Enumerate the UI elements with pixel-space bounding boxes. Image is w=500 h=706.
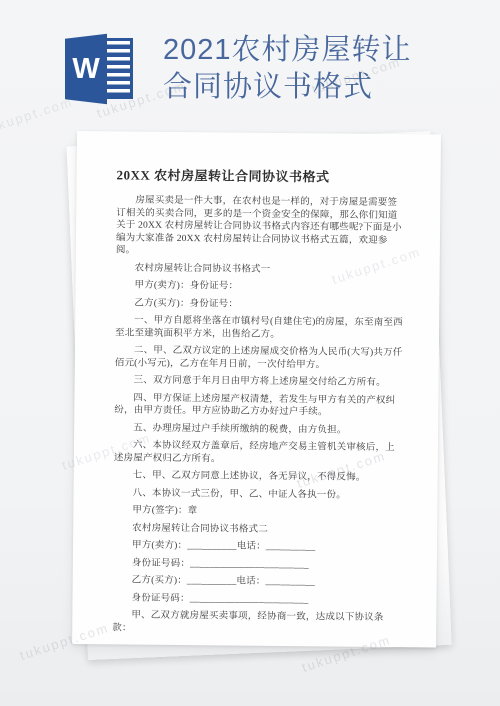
doc-paragraph: 身份证号码：________________________ — [113, 557, 401, 572]
doc-paragraph: 七、甲、乙双方同意上述协议，各无异议，不得反悔。 — [114, 469, 402, 484]
doc-paragraph: 乙方(买方)：__________电话：__________ — [113, 574, 401, 589]
header: W 2021农村房屋转让 合同协议书格式 — [0, 0, 500, 130]
doc-paragraph: 四、甲方保证上述房屋产权清楚，若发生与甲方有关的产权纠纷，由甲方责任。甲方应协助… — [114, 392, 402, 420]
doc-paragraph: 三、双方同意于年月日由甲方将上述房屋交付给乙方所有。 — [115, 374, 403, 389]
doc-paragraph: 甲方(卖方)：身份证号： — [115, 279, 403, 294]
page-title: 2021农村房屋转让 合同协议书格式 — [163, 32, 412, 106]
doc-paragraph: 甲、乙双方就房屋买卖事项，经协商一致，达成以下协议条款： — [112, 609, 400, 637]
doc-paragraph: 农村房屋转让合同协议书格式一 — [116, 262, 404, 277]
doc-paragraph: 甲方(签字)：章 — [113, 504, 401, 519]
doc-paragraph: 六、本协议经双方盖章后，经房地产交易主管机关审核后，上述房屋产权归乙方所有。 — [114, 439, 402, 467]
doc-paragraph: 乙方(买方)：身份证号： — [115, 297, 403, 312]
word-icon-cover: W — [65, 33, 107, 105]
doc-paragraph: 甲方(卖方)：__________电话：__________ — [113, 539, 401, 554]
front-page: 20XX 农村房屋转让合同协议书格式 房屋买卖是一件大事，在农村也是一样的，对于… — [72, 131, 441, 647]
doc-paragraph: 一、甲方自愿将坐落在市镇村号(自建住宅)的房屋，东至南至西至北至建筑面积平方米，… — [115, 314, 403, 342]
doc-paragraph: 房屋买卖是一件大事，在农村也是一样的，对于房屋是需要签订相关的买卖合同，更多的是… — [116, 194, 405, 259]
doc-paragraph: 身份证号码：________________________ — [112, 592, 400, 607]
word-icon: W — [65, 33, 133, 105]
doc-paragraph: 五、办理房屋过户手续所缴纳的税费，由方负担。 — [114, 422, 402, 437]
page-title-line2: 合同协议书格式 — [163, 69, 412, 106]
doc-paragraph: 八、本协议一式三份，甲、乙、中证人各执一份。 — [113, 487, 401, 502]
page-title-line1: 2021农村房屋转让 — [163, 32, 412, 69]
word-icon-letter: W — [72, 55, 99, 84]
doc-paragraph: 农村房屋转让合同协议书格式二 — [113, 522, 401, 537]
doc-heading: 20XX 农村房屋转让合同协议书格式 — [116, 164, 404, 186]
doc-paragraph: 二、甲、乙双方议定的上述房屋成交价格为人民币(大写)共万仟佰元(小写元)，乙方在… — [115, 344, 403, 372]
app-background: W 2021农村房屋转让 合同协议书格式 20XX 农村房屋转让合同协议书格式 … — [0, 0, 500, 706]
